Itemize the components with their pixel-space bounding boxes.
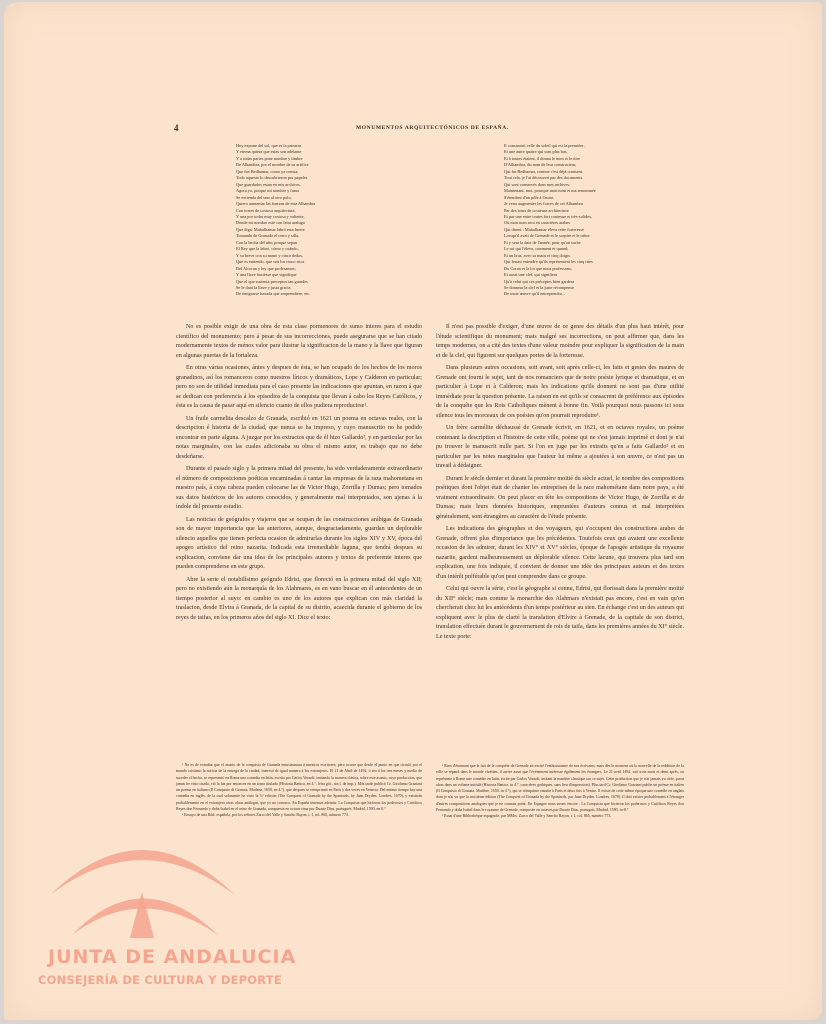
watermark-subtitle: CONSEJERÍA DE CULTURA Y DEPORTE [38,973,282,987]
poem-line: De emigrarse haxada que emprendiere, etc… [236,291,315,297]
poem-line: Maintenant, moi, pourque mon nom et ma r… [504,188,596,194]
paragraph: Las noticias de geógrafos y viajeros que… [176,516,422,573]
poem-line: Qui feront entendre qu'ils représentent … [504,259,596,265]
poem-line: Je veux augmenter les forces de cet Alha… [504,201,596,207]
paragraph: Dans plusieurs autres occasions, soit av… [436,364,684,421]
poem-line: De Alhambra, por el nombre de su artific… [236,162,315,168]
paragraph: Un frère carmélite déchaussé de Grenade … [436,424,684,472]
paragraph: En otras várias ocasiones, ántes y despu… [176,364,422,412]
paragraph: Celui qui ouvre la série, c'est le géogr… [436,585,684,642]
paragraph: Il n'est pas possible d'exiger, d'une œu… [436,323,684,361]
footnote: ¹ No es de extrañar que el asunto de la … [176,762,422,812]
paragraph: Abre la serie el notabilísimo geógrafo E… [176,576,422,624]
page-number: 4 [174,123,179,133]
footnote: ¹ Rien d'étonnant que le fait de la conq… [436,763,684,813]
footnotes-french: ¹ Rien d'étonnant que le fait de la conq… [436,763,684,820]
paragraph: No es posible exigir de una obra de esta… [176,323,422,361]
poem-spanish: Hoy expone del sol, que es la primeraY e… [236,143,315,298]
poem-line: Tout cela, je l'ai découvert par des doc… [504,175,596,181]
poem-line: Que es entiendo, que son los cinco ritos [236,259,315,265]
running-head: MONUMENTOS ARQUITECTÓNICOS DE ESPAÑA. [356,125,509,131]
poem-line: De toute œuvre qu'il entreprendra... [504,291,596,297]
body-column-spanish: No es posible exigir de una obra de esta… [176,323,422,626]
paragraph: Les indications des géographes et des vo… [436,525,684,582]
footnote: ² Ensayo de una Bibl. española, por los … [176,812,422,818]
footnote: ² Essai d'une Bibliothèque espagnole, pa… [436,813,684,819]
paragraph: Un fraile carmelita descalzo de Granada,… [176,415,422,463]
poem-line: Lorsqu'il avait de Grenade et le sceptre… [504,233,596,239]
watermark-title: JUNTA DE ANDALUCIA [48,946,296,968]
poem-line: Donde mi nombre este con letra arabiga [236,220,315,226]
paragraph: Durante el pasado siglo y la primera mit… [176,465,422,513]
footnotes-spanish: ¹ No es de extrañar que el asunto de la … [176,762,422,819]
poem-line: Todo aquesto lo descubrieron por papeles [236,175,315,181]
poem-line: Quiero aumentar las fuerzas de esta Alha… [236,201,315,207]
paragraph: Durant le siècle dernier et durant la pr… [436,475,684,523]
poem-french: Il construisit celle du soleil qui est l… [504,143,596,298]
body-column-french: Il n'est pas possible d'exiger, d'une œu… [436,323,684,645]
